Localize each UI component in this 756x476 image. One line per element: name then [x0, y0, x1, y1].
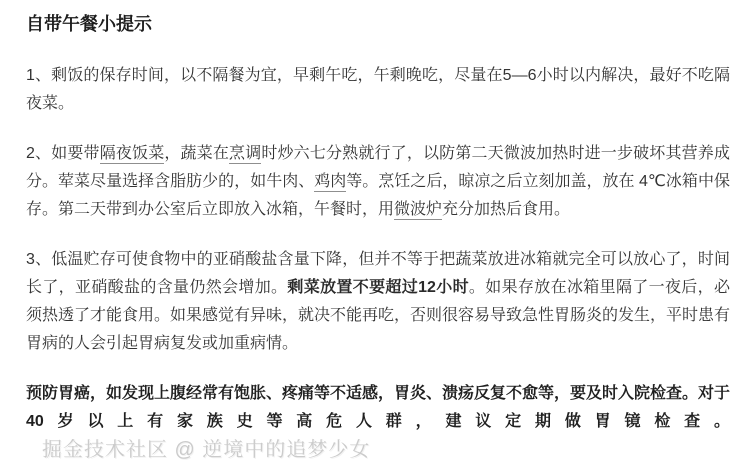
- paragraph-3-bold-sentence: 剩菜放置不要超过12小时: [287, 279, 469, 296]
- keyword-link-chicken[interactable]: 鸡肉: [314, 173, 346, 192]
- paragraph-3: 3、低温贮存可使食物中的亚硝酸盐含量下降，但并不等于把蔬菜放进冰箱就完全可以放心…: [26, 246, 730, 358]
- keyword-link-overnight-food[interactable]: 隔夜饭菜: [100, 145, 165, 164]
- keyword-link-microwave[interactable]: 微波炉: [394, 201, 442, 220]
- paragraph-2: 2、如要带隔夜饭菜，蔬菜在烹调时炒六七分熟就行了，以防第二天微波加热时进一步破坏…: [26, 140, 730, 224]
- paragraph-4: 预防胃癌，如发现上腹经常有饱胀、疼痛等不适感，胃炎、溃疡反复不愈等，要及时入院检…: [26, 380, 730, 466]
- juejin-watermark: 掘金技术社区 @ 逆境中的追梦少女: [42, 439, 370, 461]
- paragraph-2-text: 2、如要带: [26, 145, 100, 162]
- article-page: 自带午餐小提示 1、剩饭的保存时间，以不隔餐为宜，早剩午吃，午剩晚吃，尽量在5—…: [0, 0, 756, 476]
- paragraph-1: 1、剩饭的保存时间，以不隔餐为宜，早剩午吃，午剩晚吃，尽量在5—6小时以内解决，…: [26, 62, 730, 118]
- paragraph-1-text: 1、剩饭的保存时间，以不隔餐为宜，早剩午吃，午剩晚吃，尽量在5—6小时以内解决，…: [26, 67, 730, 112]
- keyword-link-cooking[interactable]: 烹调: [229, 145, 261, 164]
- article-title: 自带午餐小提示: [26, 12, 730, 36]
- paragraph-2-text: ，蔬菜在: [164, 145, 229, 162]
- paragraph-2-text: 充分加热后食用。: [442, 201, 570, 218]
- paragraph-4-text: 预防胃癌，如发现上腹经常有饱胀、疼痛等不适感，胃炎、溃疡反复不愈等，要及时入院检…: [26, 385, 730, 430]
